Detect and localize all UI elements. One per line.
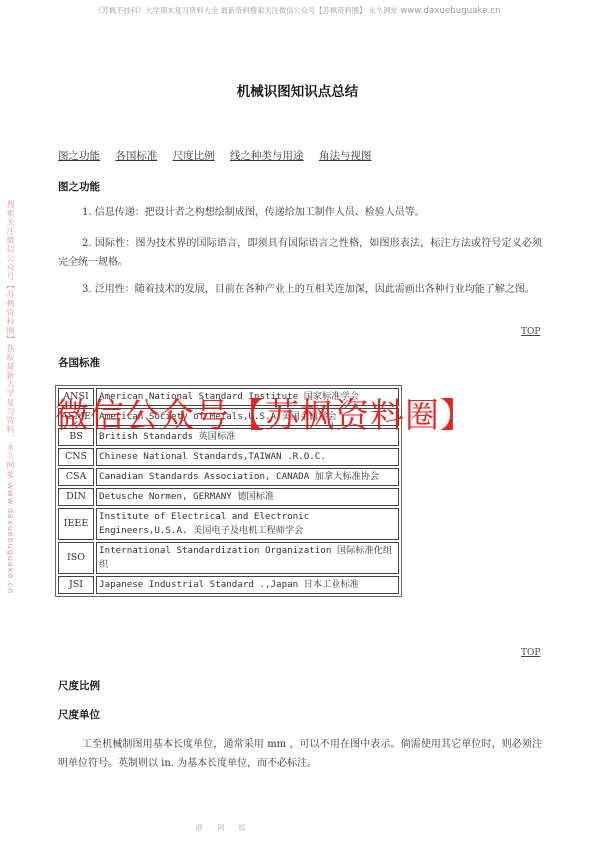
table-row: ISOInternational Standardization Organiz… bbox=[58, 542, 399, 574]
top-link[interactable]: TOP bbox=[521, 327, 540, 337]
function-item-2: 2. 国际性：图为技术界的国际语言，即须具有国际语言之性格，如图形表法，标注方法… bbox=[58, 234, 542, 272]
scale-unit-paragraph: 工至机械制图用基本长度单位，通常采用 mm ，可以不用在图中表示。倘需使用其它单… bbox=[58, 735, 542, 773]
function-item-3: 3. 泛用性：随着技术的发展，目前在各种产业上的互相关连加深，因此需画出各种行业… bbox=[58, 280, 542, 299]
standard-code: CSA bbox=[58, 468, 94, 486]
page-footer: 联 网 版 bbox=[196, 823, 251, 833]
standard-desc: International Standardization Organizati… bbox=[96, 542, 399, 574]
standard-code: IEEE bbox=[58, 508, 94, 540]
section-heading-function: 图之功能 bbox=[58, 179, 100, 194]
table-row: DINDetusche Normen, GERMANY 德国标准 bbox=[58, 488, 399, 506]
standard-desc: Japanese Industrial Standard .,Japan 日本工… bbox=[96, 576, 399, 594]
standard-desc: Detusche Normen, GERMANY 德国标准 bbox=[96, 488, 399, 506]
standard-desc: Canadian Standards Association, CANADA 加… bbox=[96, 468, 399, 486]
table-row: CSACanadian Standards Association, CANAD… bbox=[58, 468, 399, 486]
watermark-overlay: 微信公众号【苏枫资料圈】 bbox=[55, 388, 475, 437]
table-row: IEEEInstitute of Electrical and Electron… bbox=[58, 508, 399, 540]
table-row: JSIJapanese Industrial Standard .,Japan … bbox=[58, 576, 399, 594]
nav-link-scale[interactable]: 尺度比例 bbox=[173, 150, 215, 162]
page-title: 机械识图知识点总结 bbox=[0, 80, 595, 100]
header-banner-text: 《苏枫不挂科》大学期末复习资料大全 最新资料搜索关注微信公众号【苏枫资料圈】 永… bbox=[94, 6, 398, 15]
standard-code: CNS bbox=[58, 448, 94, 466]
section-heading-scale: 尺度比例 bbox=[58, 678, 100, 693]
nav-link-standards[interactable]: 各国标准 bbox=[115, 150, 157, 162]
nav-link-lines[interactable]: 线之种类与用途 bbox=[230, 150, 304, 162]
nav-link-projection[interactable]: 角法与视图 bbox=[319, 150, 372, 162]
table-row: CNSChinese National Standards,TAIWAN .R.… bbox=[58, 448, 399, 466]
standard-code: ISO bbox=[58, 542, 94, 574]
standard-code: DIN bbox=[58, 488, 94, 506]
top-link[interactable]: TOP bbox=[521, 648, 540, 658]
nav-link-function[interactable]: 图之功能 bbox=[58, 150, 100, 162]
standard-desc: Chinese National Standards,TAIWAN .R.O.C… bbox=[96, 448, 399, 466]
section-nav: 图之功能 各国标准 尺度比例 线之种类与用途 角法与视图 bbox=[58, 148, 383, 163]
side-banner: 搜索关注微信公众号【苏枫资料圈】获取最新大学复习资料，永久网址 www.daxu… bbox=[4, 200, 16, 594]
section-heading-standards: 各国标准 bbox=[58, 355, 100, 370]
standard-desc: Institute of Electrical and Electronic E… bbox=[96, 508, 399, 540]
header-banner: 《苏枫不挂科》大学期末复习资料大全 最新资料搜索关注微信公众号【苏枫资料圈】 永… bbox=[0, 6, 595, 16]
function-item-1: 1. 信息传递：把设计者之构想绘制成图，传递给加工制作人员、检验人员等。 bbox=[58, 203, 542, 222]
subheading-scale-unit: 尺度单位 bbox=[58, 707, 100, 722]
standard-code: JSI bbox=[58, 576, 94, 594]
header-banner-url[interactable]: www.daxuebuguake.cn bbox=[400, 6, 500, 16]
